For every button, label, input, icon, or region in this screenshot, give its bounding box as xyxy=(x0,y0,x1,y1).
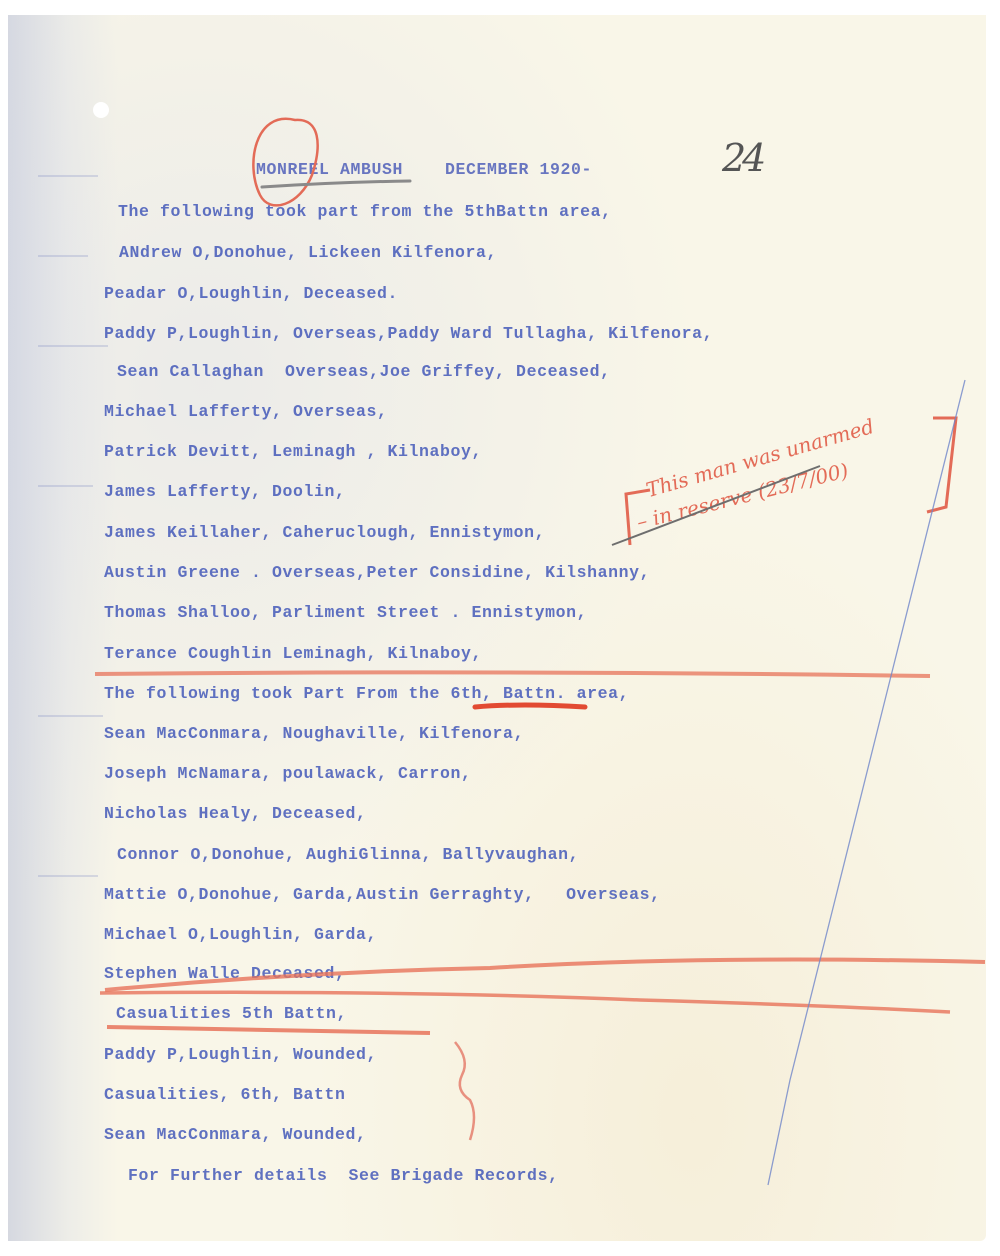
text-line: Thomas Shalloo, Parliment Street . Ennis… xyxy=(104,603,587,622)
document-title: MONREEL AMBUSH DECEMBER 1920- xyxy=(256,160,592,179)
text-line: Patrick Devitt, Leminagh , Kilnaboy, xyxy=(104,442,482,461)
text-line: For Further details See Brigade Records, xyxy=(128,1166,559,1185)
text-line: Sean MacConmara, Wounded, xyxy=(104,1125,367,1144)
text-line: Michael Lafferty, Overseas, xyxy=(104,402,388,421)
text-line: Terance Coughlin Leminagh, Kilnaboy, xyxy=(104,644,482,663)
text-line: Austin Greene . Overseas,Peter Considine… xyxy=(104,563,650,582)
text-line: James Keillaher, Caheruclough, Ennistymo… xyxy=(104,523,545,542)
show-through-text xyxy=(38,255,88,257)
text-line: Mattie O,Donohue, Garda,Austin Gerraghty… xyxy=(104,885,661,904)
text-line: Paddy P,Loughlin, Wounded, xyxy=(104,1045,377,1064)
text-line: Nicholas Healy, Deceased, xyxy=(104,804,367,823)
text-line: ANdrew O,Donohue, Lickeen Kilfenora, xyxy=(119,243,497,262)
text-line: James Lafferty, Doolin, xyxy=(104,482,346,501)
text-line: Peadar O,Loughlin, Deceased. xyxy=(104,284,398,303)
section-heading: The following took Part From the 6th, Ba… xyxy=(104,684,629,703)
text-line: Sean MacConmara, Noughaville, Kilfenora, xyxy=(104,724,524,743)
text-line: Paddy P,Loughlin, Overseas,Paddy Ward Tu… xyxy=(104,324,713,343)
show-through-text xyxy=(38,875,98,877)
text-line: Stephen Walle Deceased, xyxy=(104,964,346,983)
text-line: Michael O,Loughlin, Garda, xyxy=(104,925,377,944)
text-line: Sean Callaghan Overseas,Joe Griffey, Dec… xyxy=(117,362,611,381)
show-through-text xyxy=(38,485,93,487)
show-through-text xyxy=(38,715,103,717)
text-line: Connor O,Donohue, AughiGlinna, Ballyvaug… xyxy=(117,845,579,864)
show-through-text xyxy=(38,175,98,177)
section-heading: Casualities 5th Battn, xyxy=(116,1004,347,1023)
show-through-text xyxy=(38,345,108,347)
page-number: 24 xyxy=(722,136,762,180)
punch-hole xyxy=(93,102,109,118)
text-line: Joseph McNamara, poulawack, Carron, xyxy=(104,764,472,783)
text-line: The following took part from the 5thBatt… xyxy=(118,202,612,221)
section-heading: Casualities, 6th, Battn xyxy=(104,1085,346,1104)
